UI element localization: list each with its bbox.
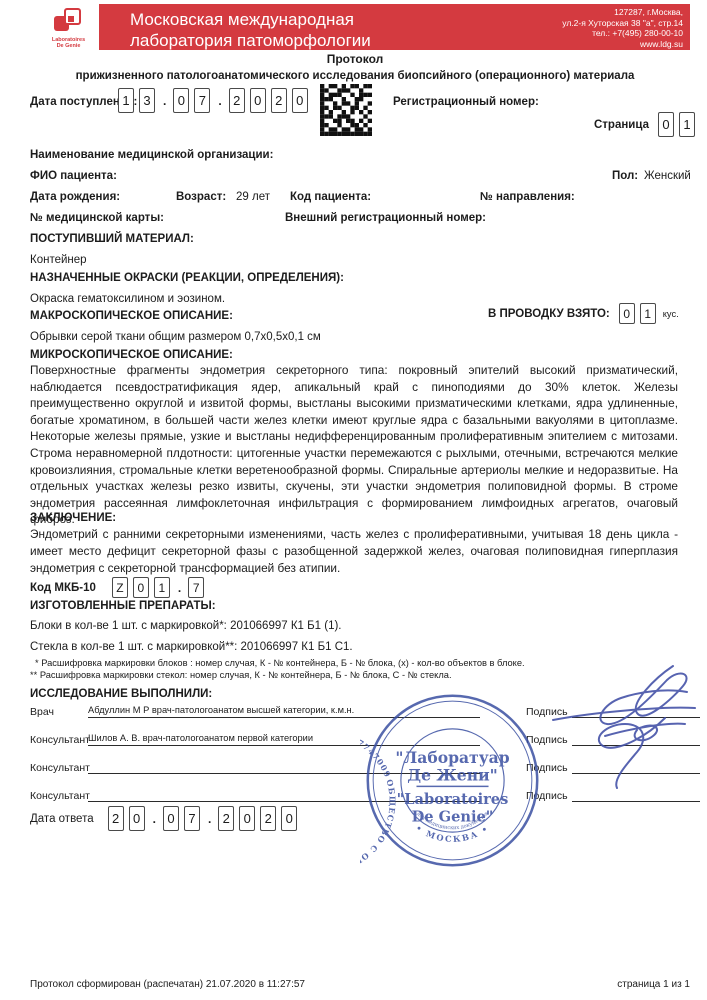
executor-role: Консультант — [30, 790, 88, 802]
digit-box: 2 — [271, 88, 287, 113]
protocol-subtitle: прижизненного патологоанатомического исс… — [30, 70, 680, 82]
material-value: Контейнер — [30, 254, 87, 266]
digit-box: 0 — [250, 88, 266, 113]
digit-box: 7 — [194, 88, 210, 113]
sex-value: Женский — [644, 170, 691, 182]
provodka-unit: кус. — [663, 309, 679, 319]
digit-box: 0 — [658, 112, 674, 137]
org-field-label: Наименование медицинской организации: — [30, 149, 273, 161]
org-name: Московская международная лаборатория пат… — [130, 9, 371, 51]
executors-section-label: ИССЛЕДОВАНИЕ ВЫПОЛНИЛИ: — [30, 688, 212, 700]
date-separator: . — [163, 94, 166, 108]
preparations-section-label: ИЗГОТОВЛЕННЫЕ ПРЕПАРАТЫ: — [30, 600, 216, 612]
digit-box: 7 — [188, 577, 204, 598]
footer-page-text: страница 1 из 1 — [617, 979, 690, 990]
protocol-title: Протокол — [30, 52, 680, 66]
svg-text:ОБЩЕСТВО С ОГРАНИЧЕННОЙ ОТВЕТС: ОБЩЕСТВО С ОГРАНИЧЕННОЙ ОТВЕТСТВЕННОСТЬЮ… — [360, 688, 397, 873]
footer-generated-text: Протокол сформирован (распечатан) 21.07.… — [30, 979, 305, 990]
digit-box: 1 — [679, 112, 695, 137]
sex-label: Пол: — [612, 170, 638, 182]
stamp-name-ru-2: Де Жени" — [407, 766, 498, 785]
blocks-line: Блоки в кол-ве 1 шт. с маркировкой*: 201… — [30, 620, 342, 632]
stains-value: Окраска гематоксилином и эозином. — [30, 293, 225, 305]
digit-box: 0 — [129, 806, 145, 831]
age-value: 29 лет — [236, 191, 270, 203]
digit-box: 3 — [139, 88, 155, 113]
page-label: Страница — [594, 119, 649, 131]
digit-box: 0 — [619, 303, 635, 324]
digit-box: 0 — [173, 88, 189, 113]
stamp-ring-text: ОБЩЕСТВО С ОГРАНИЧЕННОЙ ОТВЕТСТВЕННОСТЬЮ… — [360, 688, 397, 873]
digit-box: 0 — [133, 577, 149, 598]
digit-box: 0 — [239, 806, 255, 831]
mkb-separator: . — [178, 581, 181, 595]
digit-box: 2 — [229, 88, 245, 113]
digit-box: 0 — [281, 806, 297, 831]
answer-date-field: Дата ответа 2 0 . 0 7 . 2 0 2 0 — [30, 806, 302, 831]
direction-number-label: № направления: — [480, 191, 575, 203]
digit-box: Z — [112, 577, 128, 598]
digit-box: 1 — [640, 303, 656, 324]
digit-box: 0 — [292, 88, 308, 113]
protocol-document: Laboratoires De Genie Московская междуна… — [0, 0, 707, 1000]
blocks-note: * Расшифровка маркировки блоков : номер … — [30, 658, 525, 668]
slides-line: Стекла в кол-ве 1 шт. с маркировкой**: 2… — [30, 641, 353, 653]
ext-reg-label: Внешний регистрационный номер: — [285, 212, 486, 224]
fio-label: ФИО пациента: — [30, 170, 117, 182]
digit-box: 1 — [154, 577, 170, 598]
birth-date-label: Дата рождения: — [30, 191, 120, 203]
stamp-name-en-1: "Laboratoires — [397, 791, 509, 808]
answer-date-label: Дата ответа — [30, 813, 94, 825]
receive-date-boxes: 1 3 . 0 7 . 2 0 2 0 — [118, 88, 313, 113]
stains-section-label: НАЗНАЧЕННЫЕ ОКРАСКИ (РЕАКЦИИ, ОПРЕДЕЛЕНИ… — [30, 272, 344, 284]
med-card-label: № медицинской карты: — [30, 212, 164, 224]
date-separator: . — [218, 94, 221, 108]
doctor-signature — [545, 658, 700, 798]
age-label: Возраст: — [176, 191, 226, 203]
org-address: 127287, г.Москва, ул.2-я Хуторская 38 "а… — [562, 7, 683, 49]
executor-role: Врач — [30, 706, 88, 718]
slides-note: ** Расшифровка маркировки стекол: номер … — [30, 670, 452, 680]
digit-box: 2 — [108, 806, 124, 831]
executor-role: Консультант — [30, 762, 88, 774]
lab-round-stamp: ОБЩЕСТВО С ОГРАНИЧЕННОЙ ОТВЕТСТВЕННОСТЬЮ… — [360, 688, 545, 878]
conclusion-text: Эндометрий с ранними секреторными измене… — [30, 526, 678, 577]
mkb-label: Код МКБ-10 — [30, 582, 96, 594]
stamp-name-ru-1: "Лаборатуар — [395, 748, 509, 767]
lab-logo: Laboratoires De Genie — [38, 4, 99, 50]
macro-value: Обрывки серой ткани общим размером 0,7х0… — [30, 331, 321, 343]
reg-number-label: Регистрационный номер: — [393, 96, 539, 108]
patient-code-label: Код пациента: — [290, 191, 371, 203]
digit-box: 2 — [218, 806, 234, 831]
micro-description: Поверхностные фрагменты эндометрия секре… — [30, 362, 678, 528]
material-section-label: ПОСТУПИВШИЙ МАТЕРИАЛ: — [30, 233, 194, 245]
lab-logo-text: Laboratoires De Genie — [52, 37, 85, 49]
micro-section-label: МИКРОСКОПИЧЕСКОЕ ОПИСАНИЕ: — [30, 349, 233, 361]
macro-section-label: МАКРОСКОПИЧЕСКОЕ ОПИСАНИЕ: — [30, 310, 233, 322]
provodka-field: В ПРОВОДКУ ВЗЯТО: 0 1 кус. — [488, 303, 679, 324]
datamatrix-code — [320, 84, 372, 141]
digit-box: 2 — [260, 806, 276, 831]
date-separator: . — [153, 812, 156, 826]
page-number: Страница 0 1 — [594, 112, 700, 137]
digit-box: 7 — [184, 806, 200, 831]
lab-logo-icon — [52, 8, 86, 34]
executor-role: Консультант — [30, 734, 88, 746]
digit-box: 1 — [118, 88, 134, 113]
conclusion-section-label: ЗАКЛЮЧЕНИЕ: — [30, 512, 116, 524]
mkb-code-field: Код МКБ-10 Z 0 1 . 7 — [30, 577, 209, 598]
date-separator: . — [208, 812, 211, 826]
stamp-name-en-2: De Genie" — [412, 808, 494, 825]
digit-box: 0 — [163, 806, 179, 831]
provodka-label: В ПРОВОДКУ ВЗЯТО: — [488, 308, 610, 320]
